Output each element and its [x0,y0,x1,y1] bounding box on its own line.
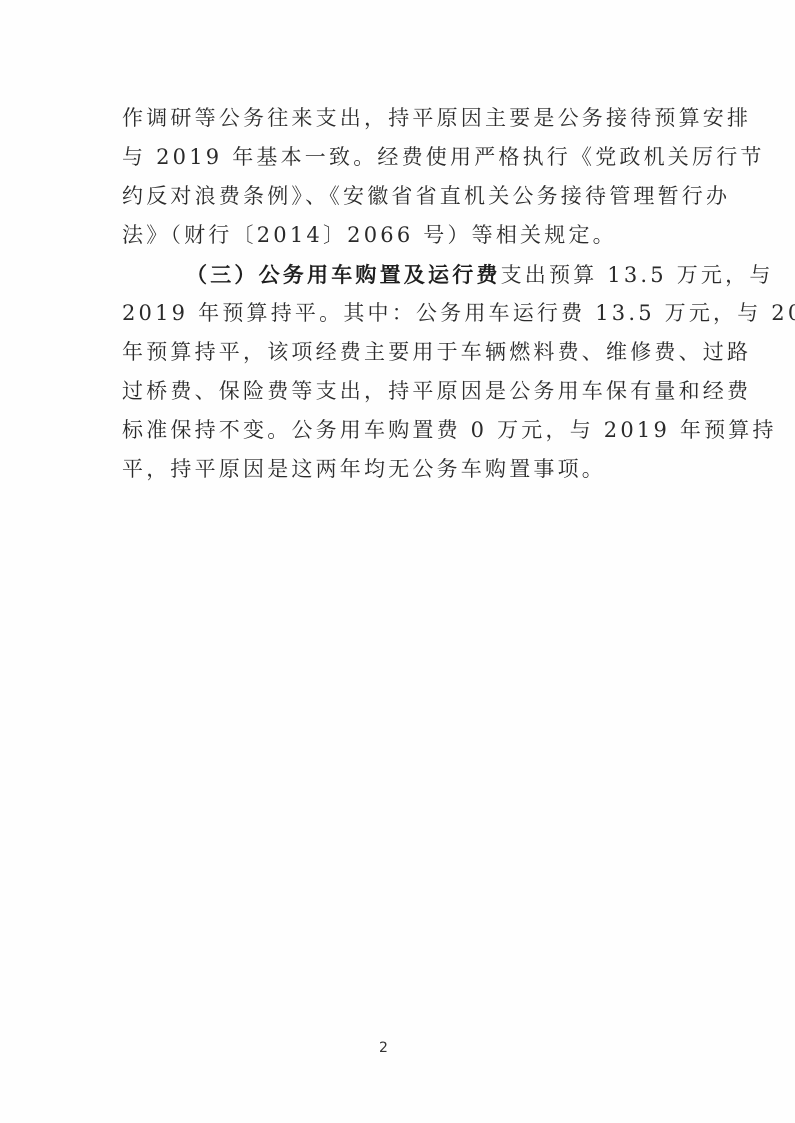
section-heading: （三）公务用车购置及运行费 [186,262,501,287]
body-text: 作调研等公务往来支出，持平原因主要是公务接待预算安排 与 2019 年基本一致。… [122,99,682,489]
paragraph-1-line-1: 作调研等公务往来支出，持平原因主要是公务接待预算安排 [122,99,682,138]
paragraph-2-line-2: 2019 年预算持平。其中：公务用车运行费 13.5 万元，与 2019 [122,294,682,333]
page-number: 2 [379,1040,388,1056]
paragraph-2-line-4: 过桥费、保险费等支出，持平原因是公务用车保有量和经费 [122,372,682,411]
paragraph-1-line-2: 与 2019 年基本一致。经费使用严格执行《党政机关厉行节 [122,138,682,177]
document-page: 作调研等公务往来支出，持平原因主要是公务接待预算安排 与 2019 年基本一致。… [0,0,795,1123]
paragraph-2-line-5: 标准保持不变。公务用车购置费 0 万元，与 2019 年预算持 [122,411,682,450]
paragraph-1-line-4: 法》（财行〔2014〕2066 号）等相关规定。 [122,216,682,255]
paragraph-2-line-3: 年预算持平，该项经费主要用于车辆燃料费、维修费、过路 [122,333,682,372]
paragraph-1-line-3: 约反对浪费条例》、《安徽省省直机关公务接待管理暂行办 [122,177,682,216]
paragraph-2-line-6: 平，持平原因是这两年均无公务车购置事项。 [122,450,682,489]
paragraph-2-line-1: （三）公务用车购置及运行费支出预算 13.5 万元，与 [122,255,682,294]
paragraph-2-line-1-text: 支出预算 13.5 万元，与 [501,263,774,287]
